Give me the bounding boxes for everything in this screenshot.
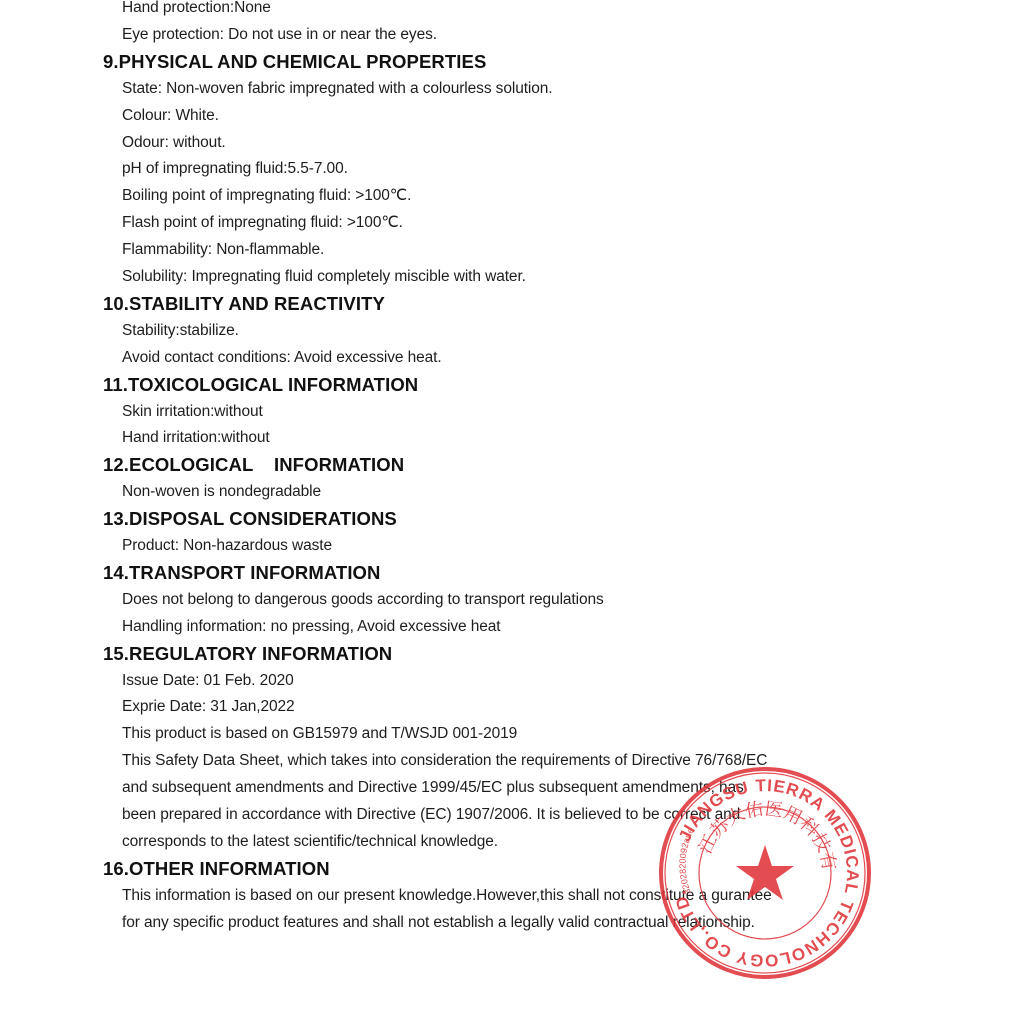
section-heading: 12.ECOLOGICAL INFORMATION <box>103 455 404 475</box>
body-text-line: pH of impregnating fluid:5.5-7.00. <box>122 159 348 179</box>
body-text-line: and subsequent amendments and Directive … <box>122 778 744 798</box>
body-text-line: Does not belong to dangerous goods accor… <box>122 590 604 610</box>
section-heading: 13.DISPOSAL CONSIDERATIONS <box>103 509 397 529</box>
body-text-line: Flash point of impregnating fluid: >100℃… <box>122 213 403 233</box>
body-text-line: This product is based on GB15979 and T/W… <box>122 724 517 744</box>
body-text-line: Avoid contact conditions: Avoid excessiv… <box>122 348 442 368</box>
section-heading: 9.PHYSICAL AND CHEMICAL PROPERTIES <box>103 52 486 72</box>
body-text-line: been prepared in accordance with Directi… <box>122 805 740 825</box>
body-text-line: corresponds to the latest scientific/tec… <box>122 832 498 852</box>
body-text-line: Product: Non-hazardous waste <box>122 536 332 556</box>
body-text-line: State: Non-woven fabric impregnated with… <box>122 79 553 99</box>
body-text-line: Odour: without. <box>122 133 226 153</box>
sds-page: Hand protection:NoneEye protection: Do n… <box>0 0 1024 1024</box>
body-text-line: Hand protection:None <box>122 0 271 18</box>
body-text-line: Issue Date: 01 Feb. 2020 <box>122 671 294 691</box>
body-text-line: This information is based on our present… <box>122 886 772 906</box>
body-text-line: Hand irritation:without <box>122 428 270 448</box>
section-heading: 11.TOXICOLOGICAL INFORMATION <box>103 375 418 395</box>
body-text-line: Stability:stabilize. <box>122 321 239 341</box>
body-text-line: Boiling point of impregnating fluid: >10… <box>122 186 411 206</box>
section-heading: 15.REGULATORY INFORMATION <box>103 644 392 664</box>
body-text-line: This Safety Data Sheet, which takes into… <box>122 751 767 771</box>
section-heading: 14.TRANSPORT INFORMATION <box>103 563 381 583</box>
section-heading: 10.STABILITY AND REACTIVITY <box>103 294 385 314</box>
body-text-line: Handling information: no pressing, Avoid… <box>122 617 501 637</box>
body-text-line: Solubility: Impregnating fluid completel… <box>122 267 526 287</box>
body-text-line: Flammability: Non-flammable. <box>122 240 324 260</box>
section-heading: 16.OTHER INFORMATION <box>103 859 330 879</box>
body-text-line: Colour: White. <box>122 106 219 126</box>
body-text-line: for any specific product features and sh… <box>122 913 755 933</box>
body-text-line: Exprie Date: 31 Jan,2022 <box>122 697 295 717</box>
body-text-line: Eye protection: Do not use in or near th… <box>122 25 437 45</box>
body-text-line: Skin irritation:without <box>122 402 263 422</box>
body-text-line: Non-woven is nondegradable <box>122 482 321 502</box>
